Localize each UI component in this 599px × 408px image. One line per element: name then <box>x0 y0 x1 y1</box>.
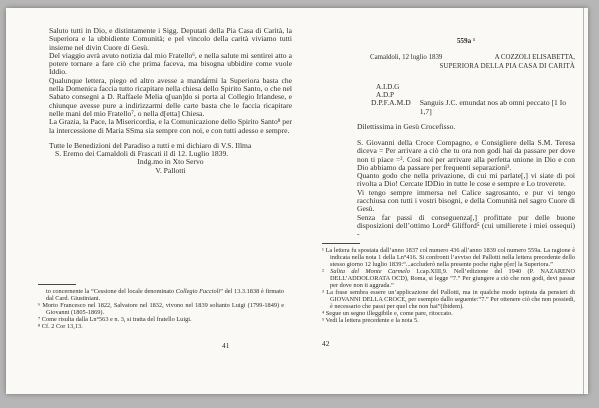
closing-signature: V. Pallotti <box>49 167 292 175</box>
footnote-text: to concernente la “Cessione del locale d… <box>46 288 176 295</box>
footnote: ⁷ Come risulta dalla Ln°563 e n. 3, si t… <box>38 316 284 323</box>
paragraph: S. Giovanni della Croce Compagno, e Cons… <box>357 139 575 172</box>
letter-body: S. Giovanni della Croce Compagno, e Cons… <box>357 139 575 239</box>
footnote-marker: ⁸ <box>38 323 40 330</box>
footnote-separator-rule <box>38 284 76 285</box>
footnote-italic-title: Collegio Fuccioli <box>176 288 220 295</box>
letter-number: 559a ¹ <box>357 37 575 45</box>
footnote-text: Segue un segno illeggibile e, come pare,… <box>326 310 453 317</box>
left-page-footnotes: to concernente la “Cessione del locale d… <box>38 284 284 330</box>
footnote: ⁵ Vedi la lettera precedente e la nota 5… <box>322 317 575 324</box>
paragraph: Saluto tutti in Dio, e distintamente i S… <box>49 27 292 52</box>
footnote-marker: ⁴ <box>322 310 324 317</box>
motto: Sanguis J.C. emundat nos ab omni peccato… <box>420 99 575 116</box>
footnote-text: Cf. 2 Cor 13,13. <box>42 323 83 330</box>
footnote-text: Vedi la lettera precedente e la nota 5. <box>326 317 419 324</box>
footnote-separator-rule <box>322 243 360 244</box>
footnote: ³ La frase sembra essere un’applicazione… <box>322 289 575 310</box>
motto-row: D.P.F.A.M.D Sanguis J.C. emundat nos ab … <box>357 99 575 116</box>
footnote: ⁶ Morto Francesco nel 1822, Salvatore ne… <box>38 302 284 316</box>
footnote: ² Salita del Monte Carmelo I.cap.XIII,9.… <box>322 268 575 289</box>
footnote-text: La frase sembra essere un’applicazione d… <box>326 289 575 310</box>
footnote-marker: ⁶ <box>38 302 40 309</box>
paragraph: Qualunque lettera, piego ed altro avesse… <box>49 77 292 118</box>
paragraph: Quanto godo che nella privazione, di cui… <box>357 172 575 189</box>
invocation: D.P.F.A.M.D <box>371 99 411 116</box>
invocation: A.I.D.G <box>376 83 575 91</box>
footnote-text: La lettera fu spostata dall’anno 1837 co… <box>326 247 575 268</box>
invocations: A.I.D.G A.D.P <box>357 83 575 100</box>
footnote-continuation: to concernente la “Cessione del locale d… <box>38 288 284 302</box>
addressee-title: SUPERIORA DELLA PIA CASA DI CARITÀ <box>357 63 575 71</box>
letter-heading: Camaldoli, 12 luglio 1839 A COZZOLI ELIS… <box>357 54 575 62</box>
paragraph: Senza far passi di conseguenza[,] profit… <box>357 214 575 239</box>
letter-closing: Tutte le Benedizioni del Paradiso a tutt… <box>49 142 292 175</box>
footnote-marker: ¹ <box>322 247 324 254</box>
footnote: ⁴ Segue un segno illeggibile e, come par… <box>322 310 575 317</box>
dateline: Camaldoli, 12 luglio 1839 <box>357 54 442 62</box>
right-page-body: 559a ¹ Camaldoli, 12 luglio 1839 A COZZO… <box>357 37 575 239</box>
footnote-italic-title: Salita del Monte Carmelo <box>330 268 410 275</box>
paragraph: Vi tengo sempre immersa nel Calice sagro… <box>357 189 575 214</box>
paragraph: La Grazia, la Pace, la Misericordia, e l… <box>49 118 292 135</box>
scan-stray-mark: / <box>205 75 208 85</box>
page-number-left: 41 <box>222 341 230 350</box>
book-spread: Saluto tutti in Dio, e distintamente i S… <box>6 8 588 394</box>
right-page-footnotes: ¹ La lettera fu spostata dall’anno 1837 … <box>322 243 575 324</box>
addressee-name: A COZZOLI ELISABETTA, <box>495 54 575 62</box>
left-page-body: Saluto tutti in Dio, e distintamente i S… <box>49 27 292 175</box>
scanned-book-spread: { "left_page": { "paragraphs": [ "Saluto… <box>0 0 599 408</box>
footnote: ⁸ Cf. 2 Cor 13,13. <box>38 323 284 330</box>
footnote: ¹ La lettera fu spostata dall’anno 1837 … <box>322 247 575 268</box>
page-number-right: 42 <box>322 339 330 348</box>
paragraph: Del viaggio avrà avuto notizia dal mio F… <box>49 52 292 77</box>
footnote-text: Come risulta dalla Ln°563 e n. 3, si tra… <box>42 316 192 323</box>
footnote-marker: ⁷ <box>38 316 40 323</box>
salutation: Dilettissima in Gesù Crocefisso. <box>357 123 575 131</box>
footnote-marker: ³ <box>322 289 324 296</box>
footnote-marker: ² <box>322 268 324 275</box>
footnote-marker: ⁵ <box>322 317 324 324</box>
footnote-text: Morto Francesco nel 1822, Salvatore nel … <box>42 302 284 316</box>
